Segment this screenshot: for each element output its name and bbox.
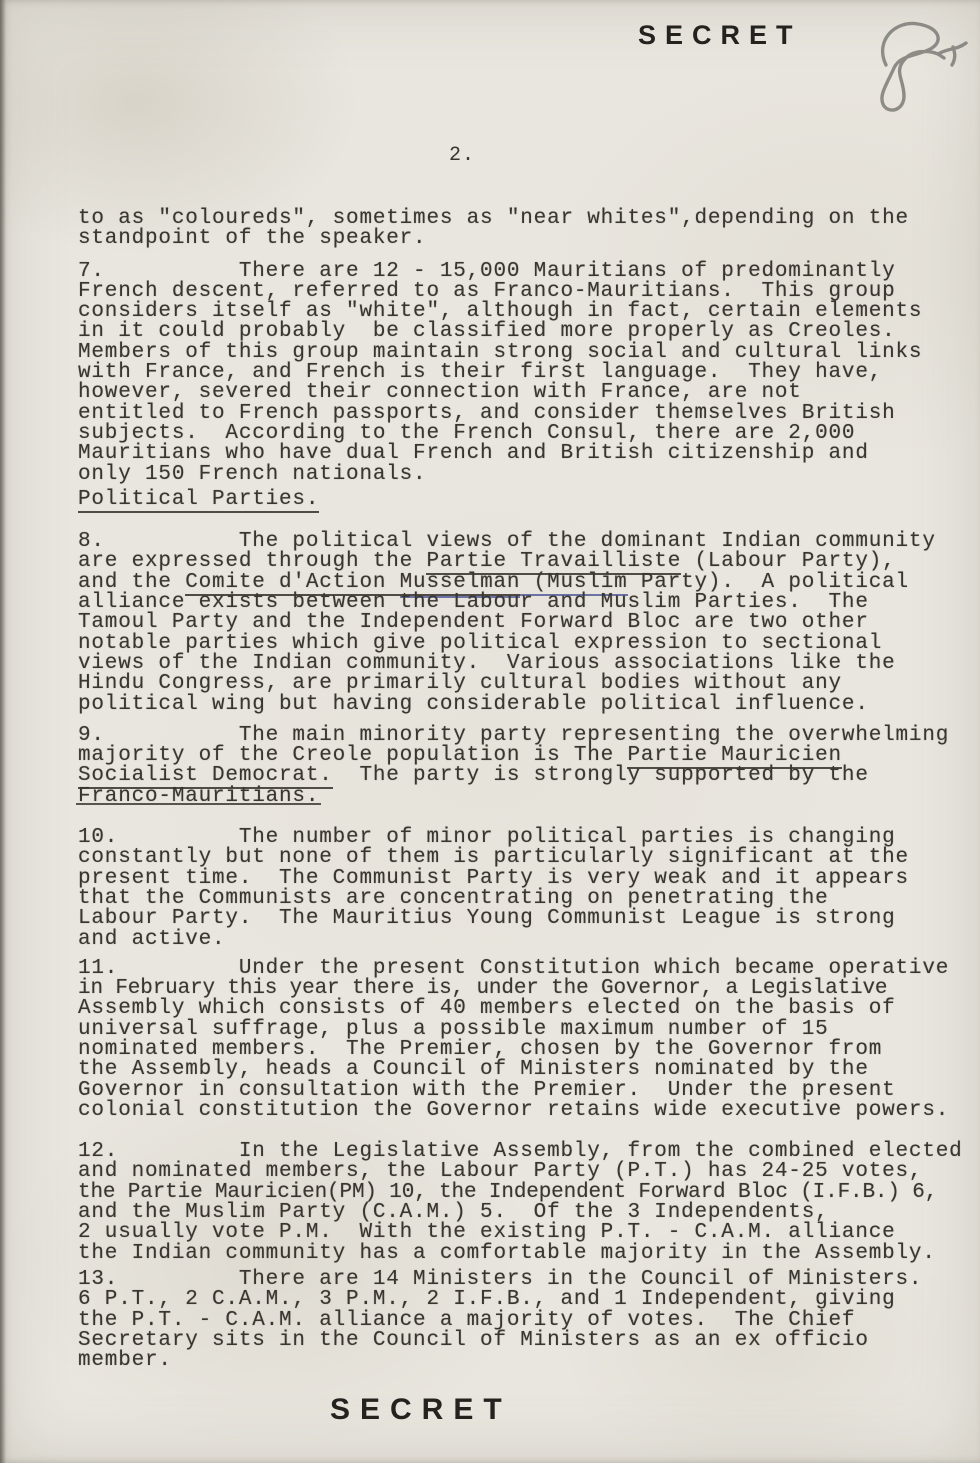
text-line: member.	[78, 1351, 968, 1371]
text-line: the Assembly, heads a Council of Ministe…	[78, 1060, 968, 1080]
text-line: Mauritians who have dual French and Brit…	[78, 444, 968, 464]
text-segment: member.	[78, 1349, 172, 1372]
text-segment: and active.	[78, 928, 225, 951]
text-line: the Indian community has a comfortable m…	[78, 1244, 968, 1264]
text-line: and nominated members, the Labour Party …	[78, 1162, 968, 1182]
text-line: however, severed their connection with F…	[78, 383, 968, 403]
text-line: Assembly which consists of 40 members el…	[78, 999, 968, 1019]
text-line: universal suffrage, plus a possible maxi…	[78, 1020, 968, 1040]
text-segment: political wing but having considerable p…	[78, 693, 869, 716]
text-line: Labour Party. The Mauritius Young Commun…	[78, 909, 968, 929]
paragraph-cont: to as "coloureds", sometimes as "near wh…	[78, 209, 968, 250]
text-line: in it could probably be classified more …	[78, 322, 968, 342]
text-segment: Secretary sits in the Council of Ministe…	[78, 1329, 869, 1352]
text-line: notable parties which give political exp…	[78, 634, 968, 654]
text-line: political wing but having considerable p…	[78, 695, 968, 715]
text-line: Socialist Democrat. The party is strongl…	[78, 766, 968, 786]
text-line: Secretary sits in the Council of Ministe…	[78, 1331, 968, 1351]
text-line: Tamoul Party and the Independent Forward…	[78, 613, 968, 633]
text-line: 2 usually vote P.M. With the existing P.…	[78, 1223, 968, 1243]
document-page: SECRET 2. to as "coloureds", sometimes a…	[0, 0, 980, 1463]
text-segment: Political Parties.	[78, 488, 319, 513]
text-line: colonial constitution the Governor retai…	[78, 1101, 968, 1121]
text-line: the P.T. - C.A.M. alliance a majority of…	[78, 1311, 968, 1331]
text-line: Political Parties.	[78, 490, 968, 510]
paragraph-p12: 12. In the Legislative Assembly, from th…	[78, 1142, 968, 1264]
paragraph-heading: Political Parties.	[78, 490, 968, 510]
text-line: are expressed through the Partie Travail…	[78, 552, 968, 572]
paragraph-p8: 8. The political views of the dominant I…	[78, 532, 968, 715]
paragraph-p13: 13. There are 14 Ministers in the Counci…	[78, 1270, 968, 1371]
handwritten-initials-icon	[856, 10, 974, 120]
text-line: standpoint of the speaker.	[78, 229, 968, 249]
text-line: only 150 French nationals.	[78, 465, 968, 485]
text-line: present time. The Communist Party is ver…	[78, 869, 968, 889]
text-segment: Franco-Mauritians.	[78, 785, 319, 808]
text-line: Franco-Mauritians.	[78, 787, 968, 807]
classification-marking-bottom: SECRET	[330, 1393, 512, 1427]
text-line: constantly but none of them is particula…	[78, 848, 968, 868]
paragraph-p11: 11. Under the present Constitution which…	[78, 959, 968, 1121]
paragraph-p10: 10. The number of minor political partie…	[78, 828, 968, 950]
paragraph-p7: 7. There are 12 - 15,000 Mauritians of p…	[78, 262, 968, 485]
page-number: 2.	[449, 144, 475, 167]
text-line: and active.	[78, 930, 968, 950]
document-body: to as "coloureds", sometimes as "near wh…	[78, 209, 968, 1371]
text-segment: The party is strongly supported by the	[333, 764, 869, 787]
text-line: 7. There are 12 - 15,000 Mauritians of p…	[78, 262, 968, 282]
text-line: entitled to French passports, and consid…	[78, 404, 968, 424]
classification-marking-top: SECRET	[638, 20, 802, 51]
text-line: and the Comite d'Action Musselman (Musli…	[78, 573, 968, 593]
text-segment: standpoint of the speaker.	[78, 227, 426, 250]
text-line: 6 P.T., 2 C.A.M., 3 P.M., 2 I.F.B., and …	[78, 1290, 968, 1310]
text-segment: only 150 French nationals.	[78, 463, 426, 486]
text-line: Governor in consultation with the Premie…	[78, 1081, 968, 1101]
text-segment: the Indian community has a comfortable m…	[78, 1242, 936, 1265]
text-segment: colonial constitution the Governor retai…	[78, 1099, 949, 1122]
paragraph-p9: 9. The main minority party representing …	[78, 726, 968, 807]
text-line: Hindu Congress, are primarily cultural b…	[78, 674, 968, 694]
